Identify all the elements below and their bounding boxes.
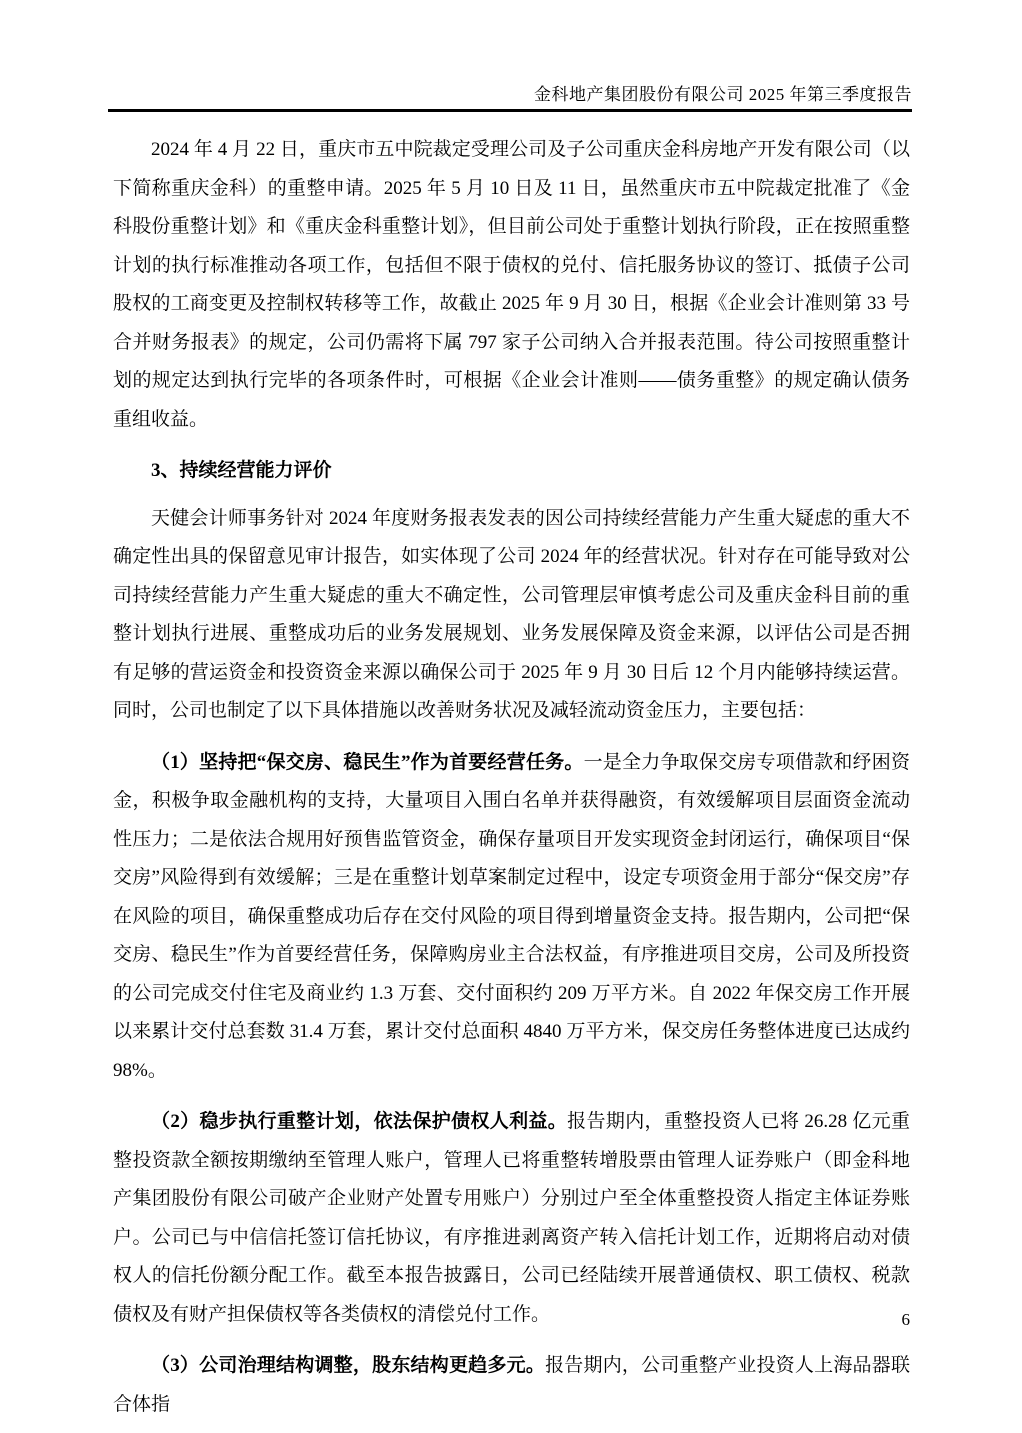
section-heading-going-concern: 3、持续经营能力评价 <box>113 452 910 491</box>
measure-item-1-lead: （1）坚持把“保交房、稳民生”作为首要经营任务。 <box>151 752 584 773</box>
page-header: 金科地产集团股份有限公司 2025 年第三季度报告 <box>108 84 912 106</box>
document-body: 2024 年 4 月 22 日，重庆市五中院裁定受理公司及子公司重庆金科房地产开… <box>113 131 910 1433</box>
measure-item-2: （2）稳步执行重整计划，依法保护债权人利益。报告期内，重整投资人已将 26.28… <box>113 1103 910 1334</box>
measure-item-2-text: 报告期内，重整投资人已将 26.28 亿元重整投资款全额按期缴纳至管理人账户，管… <box>113 1111 910 1325</box>
paragraph-restructuring: 2024 年 4 月 22 日，重庆市五中院裁定受理公司及子公司重庆金科房地产开… <box>113 131 910 439</box>
measure-item-1: （1）坚持把“保交房、稳民生”作为首要经营任务。一是全力争取保交房专项借款和纾困… <box>113 744 910 1091</box>
measure-item-2-lead: （2）稳步执行重整计划，依法保护债权人利益。 <box>151 1111 567 1132</box>
header-rule <box>108 109 912 112</box>
measure-item-1-text: 一是全力争取保交房专项借款和纾困资金，积极争取金融机构的支持，大量项目入围白名单… <box>113 752 910 1081</box>
report-page: 金科地产集团股份有限公司 2025 年第三季度报告 2024 年 4 月 22 … <box>0 0 1022 1433</box>
measure-item-3: （3）公司治理结构调整，股东结构更趋多元。报告期内，公司重整产业投资人上海品器联… <box>113 1347 910 1424</box>
measure-item-3-lead: （3）公司治理结构调整，股东结构更趋多元。 <box>151 1355 545 1376</box>
paragraph-going-concern: 天健会计师事务针对 2024 年度财务报表发表的因公司持续经营能力产生重大疑虑的… <box>113 500 910 731</box>
page-number: 6 <box>902 1310 911 1330</box>
header-title: 金科地产集团股份有限公司 2025 年第三季度报告 <box>534 85 912 104</box>
